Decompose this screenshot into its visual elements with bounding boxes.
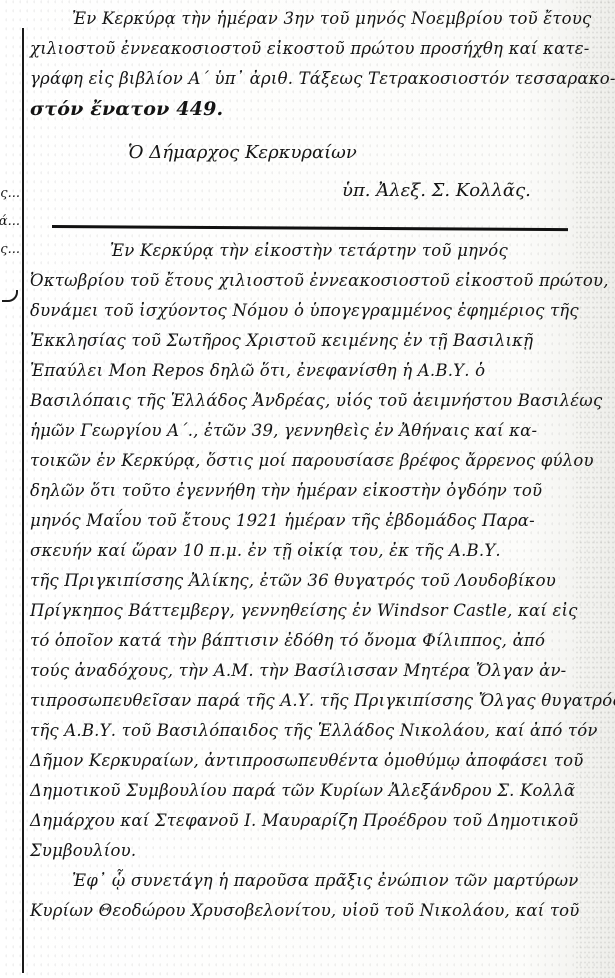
margin-bracket xyxy=(2,290,18,302)
text-line: Δῆμον Κερκυραίων, ἀντιπροσωπευθέντα ὁμοθ… xyxy=(30,746,590,776)
text-line: τῆς Πριγκιπίσσης Ἀλίκης, ἐτῶν 36 θυγατρό… xyxy=(30,566,590,596)
text-line: στόν ἔνατον 449. xyxy=(30,94,590,124)
text-line: ἡμῶν Γεωργίου Α΄., ἐτῶν 39, γεννηθεὶς ἐν… xyxy=(30,416,590,446)
text-line: τό ὁποῖον κατά τὴν βάπτισιν ἐδόθη τό ὄνο… xyxy=(30,626,590,656)
record-body: Ἐν Κερκύρᾳ τὴν εἰκοστὴν τετάρτην τοῦ μην… xyxy=(30,236,590,926)
margin-notes: ...ος ...ολά ...ολός xyxy=(0,180,20,264)
text-line: τοικῶν ἐν Κερκύρᾳ, ὅστις μοί παρουσίασε … xyxy=(30,446,590,476)
text-line: Πρίγκηπος Βάττεμβεργ, γεννηθείσης ἐν Win… xyxy=(30,596,590,626)
text-line: μηνός Μαΐου τοῦ ἔτους 1921 ἡμέραν τῆς ἑβ… xyxy=(30,506,590,536)
margin-note: ...ολά xyxy=(0,208,20,236)
text-line: τῆς Α.Β.Υ. τοῦ Βασιλόπαιδος τῆς Ἑλλάδος … xyxy=(30,716,590,746)
signature-title: Ὁ Δήμαρχος Κερκυραίων xyxy=(128,142,357,163)
text-line: δηλῶν ὅτι τοῦτο ἐγεννήθη τὴν ἡμέραν εἰκο… xyxy=(30,476,590,506)
text-line: τιπροσωπευθεῖσαν παρά τῆς Α.Υ. τῆς Πριγκ… xyxy=(30,686,590,716)
text-line: Δημοτικοῦ Συμβουλίου παρά τῶν Κυρίων Ἀλε… xyxy=(30,776,590,806)
registration-note: Ἐν Κερκύρᾳ τὴν ἡμέραν 3ην τοῦ μηνός Νοεμ… xyxy=(30,4,590,124)
margin-note: ...ολός xyxy=(0,236,20,264)
text-line: γράφη εἰς βιβλίον Α΄ ὑπ᾽ ἀριθ. Τάξεως Τε… xyxy=(30,64,590,94)
text-line: Βασιλόπαις τῆς Ἑλλάδος Ἀνδρέας, υἱός τοῦ… xyxy=(30,386,590,416)
signature-name: ὑπ. Ἀλεξ. Σ. Κολλᾶς. xyxy=(342,180,531,201)
section-divider xyxy=(52,225,568,231)
text-line: τούς ἀναδόχους, τὴν Α.Μ. τὴν Βασίλισσαν … xyxy=(30,656,590,686)
text-line: Δημάρχου καί Στεφανοῦ Ι. Μαυραρίζη Προέδ… xyxy=(30,806,590,836)
margin-note: ...ος xyxy=(0,180,20,208)
margin-rule xyxy=(22,28,24,973)
text-line: Ἐκκλησίας τοῦ Σωτῆρος Χριστοῦ κειμένης ἐ… xyxy=(30,326,590,356)
text-line: δυνάμει τοῦ ἰσχύοντος Νόμου ὁ ὑπογεγραμμ… xyxy=(30,296,590,326)
text-line: Κυρίων Θεοδώρου Χρυσοβελονίτου, υἱοῦ τοῦ… xyxy=(30,896,590,926)
text-line: Ὀκτωβρίου τοῦ ἔτους χιλιοστοῦ ἐννεακοσιο… xyxy=(30,266,590,296)
text-line: Ἐν Κερκύρᾳ τὴν ἡμέραν 3ην τοῦ μηνός Νοεμ… xyxy=(30,4,590,34)
text-line: Ἐπαύλει Mon Repos δηλῶ ὅτι, ἐνεφανίσθη ἡ… xyxy=(30,356,590,386)
document-page: ...ος ...ολά ...ολός Ἐν Κερκύρᾳ τὴν ἡμέρ… xyxy=(0,0,615,978)
text-line: Ἐφ᾽ ᾧ συνετάγη ἡ παροῦσα πρᾶξις ἐνώπιον … xyxy=(30,866,590,896)
text-line: Συμβουλίου. xyxy=(30,836,590,866)
text-line: σκευήν καί ὥραν 10 π.μ. ἐν τῇ οἰκίᾳ του,… xyxy=(30,536,590,566)
text-line: χιλιοστοῦ ἐννεακοσιοστοῦ εἰκοστοῦ πρώτου… xyxy=(30,34,590,64)
text-line: Ἐν Κερκύρᾳ τὴν εἰκοστὴν τετάρτην τοῦ μην… xyxy=(30,236,590,266)
